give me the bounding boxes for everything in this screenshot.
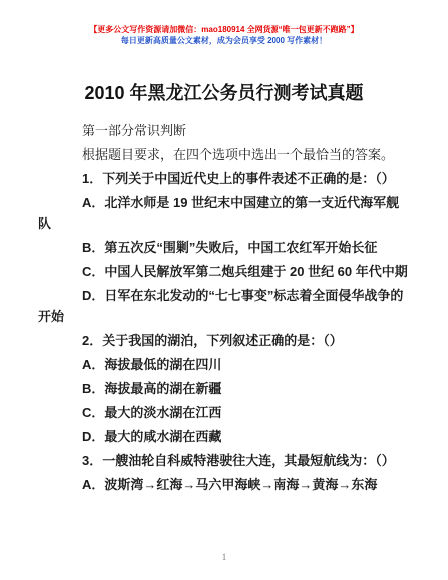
question-2-option-d: D．最大的咸水湖在西藏 <box>38 426 410 447</box>
question-3: 3．一艘油轮自科威特港驶往大连，其最短航线为：（） <box>38 450 410 471</box>
page-number: 1 <box>0 552 448 562</box>
document-body: 第一部分常识判断根据题目要求，在四个选项中选出一个最恰当的答案。1．下列关于中国… <box>38 120 410 495</box>
question-2-option-b: B．海拔最高的湖在新疆 <box>38 378 410 399</box>
promo-line-blue: 每日更新高质量公文素材，成为会员享受 2000 写作素材！ <box>0 35 448 46</box>
question-2-option-c: C．最大的淡水湖在江西 <box>38 402 410 423</box>
section-heading: 第一部分常识判断 <box>38 120 410 141</box>
question-1-option-b: B．第五次反“围剿”失败后，中国工农红军开始长征 <box>38 237 410 258</box>
question-1: 1．下列关于中国近代史上的事件表述不正确的是：（） <box>38 168 410 189</box>
document-page: 【更多公文写作资源请加微信：mao180914 全网货源“唯一包更新不跑路”】 … <box>0 0 448 580</box>
question-1-option-d: D．日军在东北发动的“七七事变”标志着全面侵华战争的开始 <box>38 285 410 327</box>
question-1-option-c: C．中国人民解放军第二炮兵组建于 20 世纪 60 年代中期 <box>38 261 410 282</box>
question-2: 2．关于我国的湖泊，下列叙述正确的是：（） <box>38 330 410 351</box>
question-1-option-a: A．北洋水师是 19 世纪末中国建立的第一支近代海军舰队 <box>38 192 410 234</box>
question-3-option-a: A．波斯湾→红海→马六甲海峡→南海→黄海→东海 <box>38 474 410 495</box>
promo-line-red: 【更多公文写作资源请加微信：mao180914 全网货源“唯一包更新不跑路”】 <box>0 24 448 35</box>
promo-header: 【更多公文写作资源请加微信：mao180914 全网货源“唯一包更新不跑路”】 … <box>0 0 448 46</box>
page-title: 2010 年黑龙江公务员行测考试真题 <box>0 79 448 105</box>
instructions: 根据题目要求，在四个选项中选出一个最恰当的答案。 <box>38 144 410 165</box>
question-2-option-a: A．海拔最低的湖在四川 <box>38 354 410 375</box>
